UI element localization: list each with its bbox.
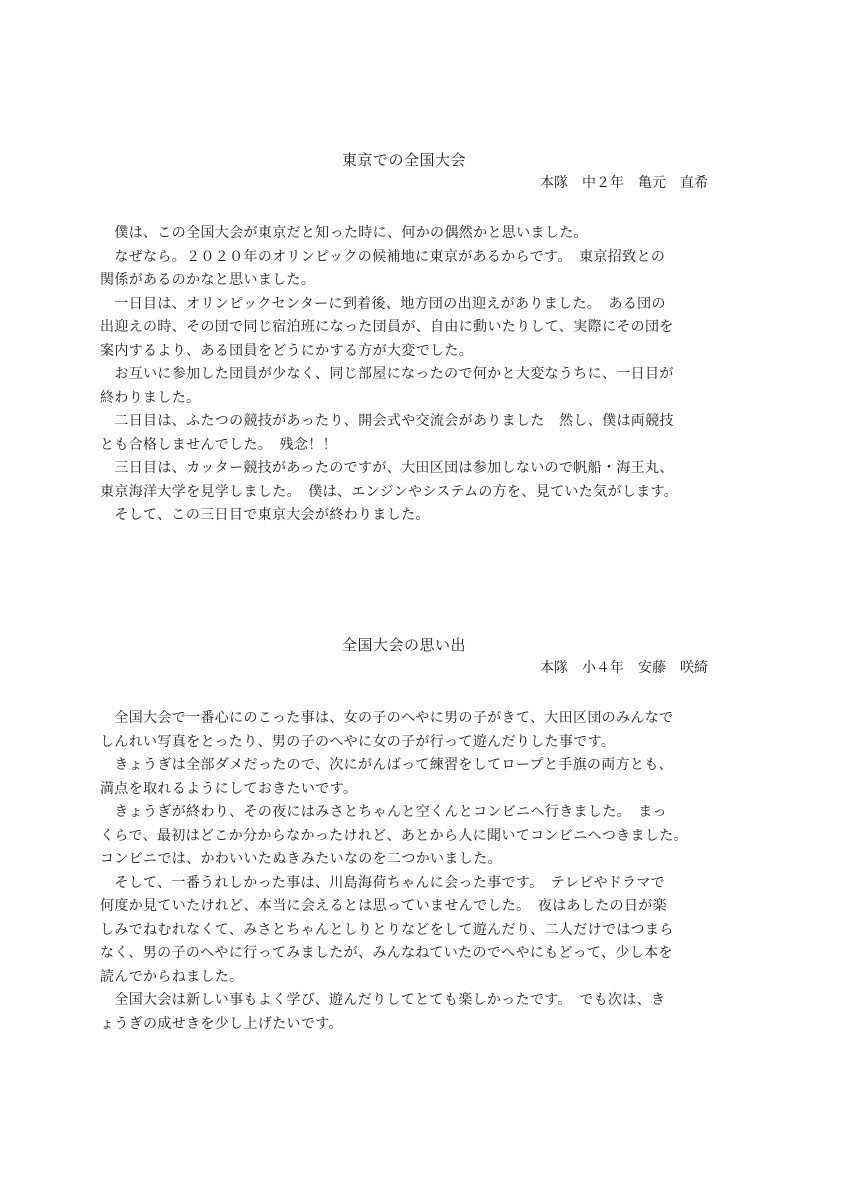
document-page: 東京での全国大会 本隊 中２年 亀元 直希 僕は、この全国大会が東京だと知った時… — [0, 0, 848, 1200]
essay-tokyo-national-meet: 東京での全国大会 本隊 中２年 亀元 直希 僕は、この全国大会が東京だと知った時… — [100, 149, 708, 528]
text-line: きょうぎが終わり、その夜にはみさとちゃんと空くんとコンビニへ行きました。 まっ — [100, 801, 708, 825]
text-line: お互いに参加した団員が少なく、同じ部屋になったので何かと大変なうちに、一日目が — [100, 363, 708, 387]
text-line: 案内するより、ある団員をどうにかする方が大変でした。 — [100, 340, 708, 364]
text-line: 関係があるのかなと思いました。 — [100, 269, 708, 293]
text-line: 全国大会で一番心にのこった事は、女の子のへやに男の子がきて、大田区団のみんなで — [100, 707, 708, 731]
text-line: コンビニでは、かわいいたぬきみたいなのを二つかいました。 — [100, 848, 708, 872]
text-line: しんれい写真をとったり、男の子のへやに女の子が行って遊んだりした事です。 — [100, 731, 708, 755]
text-line: 二日目は、ふたつの競技があったり、開会式や交流会がありました 然し、僕は両競技 — [100, 410, 708, 434]
essay-body: 僕は、この全国大会が東京だと知った時に、何かの偶然かと思いました。 なぜなら。２… — [100, 222, 708, 528]
essay-author: 本隊 小４年 安藤 咲綺 — [100, 657, 708, 679]
essay-author: 本隊 中２年 亀元 直希 — [100, 172, 708, 194]
text-line: 何度か見ていたけれど、本当に会えるとは思っていませんでした。 夜はあしたの日が楽 — [100, 895, 708, 919]
text-line: 三日目は、カッター競技があったのですが、大田区団は参加しないので帆船・海王丸、 — [100, 457, 708, 481]
text-line: しみでねむれなくて、みさとちゃんとしりとりなどをして遊んだり、二人だけではつまら — [100, 919, 708, 943]
text-line: 東京海洋大学を見学しました。 僕は、エンジンやシステムの方を、見ていた気がします… — [100, 481, 708, 505]
text-line: くらで、最初はどこか分からなかったけれど、あとから人に聞いてコンビニへつきました… — [100, 825, 708, 849]
text-line: きょうぎは全部ダメだったので、次にがんばって練習をしてロープと手旗の両方とも、 — [100, 754, 708, 778]
text-line: 満点を取れるようにしておきたいです。 — [100, 778, 708, 802]
text-line: 僕は、この全国大会が東京だと知った時に、何かの偶然かと思いました。 — [100, 222, 708, 246]
essay-national-meet-memories: 全国大会の思い出 本隊 小４年 安藤 咲綺 全国大会で一番心にのこった事は、女の… — [100, 634, 708, 1036]
text-line: なく、男の子のへやに行ってみましたが、みんなねていたのでへやにもどって、少し本を — [100, 942, 708, 966]
text-line: そして、この三日目で東京大会が終わりました。 — [100, 504, 708, 528]
text-line: 一日目は、オリンピックセンターに到着後、地方団の出迎えがありました。 ある団の — [100, 293, 708, 317]
text-line: なぜなら。２０２０年のオリンピックの候補地に東京があるからです。 東京招致との — [100, 246, 708, 270]
text-line: 全国大会は新しい事もよく学び、遊んだりしてとても楽しかったです。 でも次は、き — [100, 989, 708, 1013]
essay-title: 全国大会の思い出 — [100, 634, 708, 656]
text-line: 終わりました。 — [100, 387, 708, 411]
text-line: そして、一番うれしかった事は、川島海荷ちゃんに会った事です。 テレビやドラマで — [100, 872, 708, 896]
text-line: 出迎えの時、その団で同じ宿泊班になった団員が、自由に動いたりして、実際にその団を — [100, 316, 708, 340]
text-line: ょうぎの成せきを少し上げたいです。 — [100, 1013, 708, 1037]
essay-body: 全国大会で一番心にのこった事は、女の子のへやに男の子がきて、大田区団のみんなで … — [100, 707, 708, 1036]
text-line: とも合格しませんでした。 残念！！ — [100, 434, 708, 458]
text-line: 読んでからねました。 — [100, 966, 708, 990]
essay-title: 東京での全国大会 — [100, 149, 708, 171]
